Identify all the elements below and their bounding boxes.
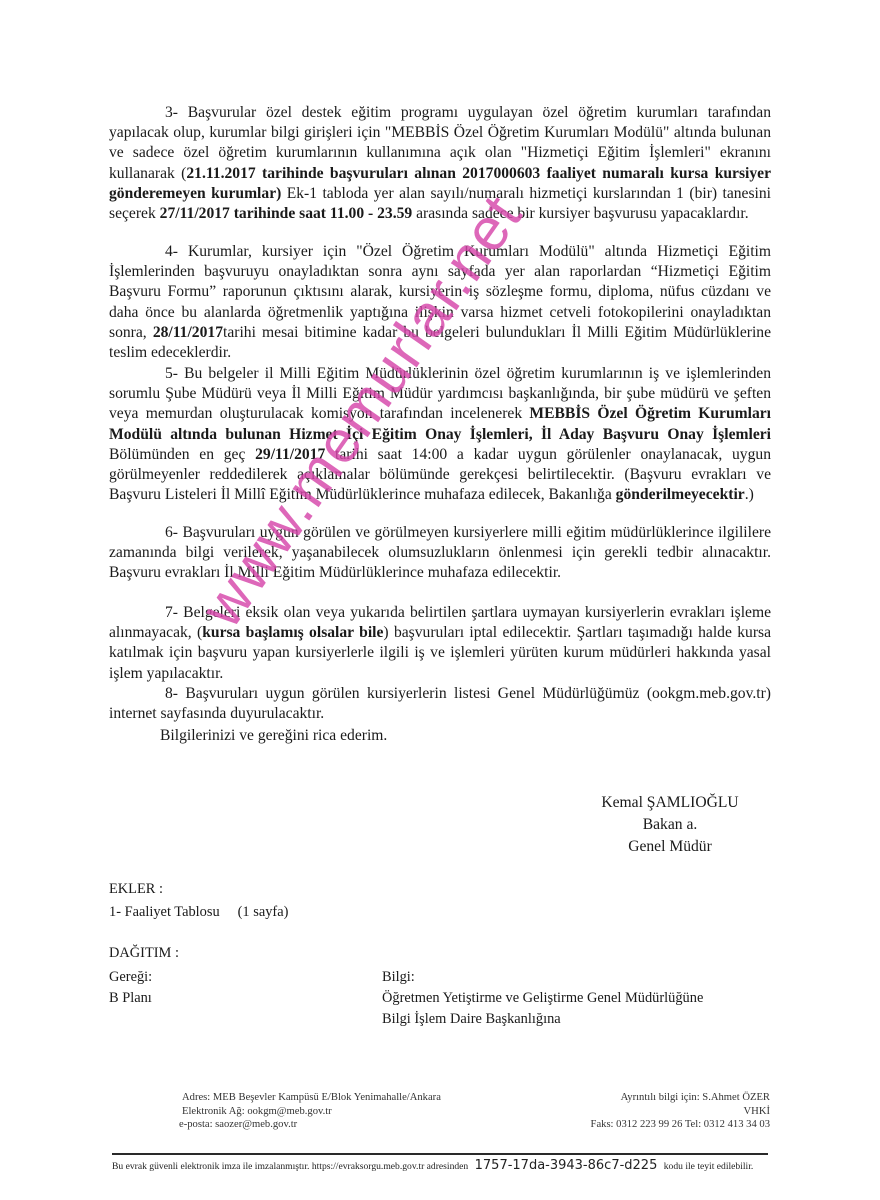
annex-pages: (1 sayfa) [238, 904, 289, 920]
distribution-action-item: B Planı [109, 988, 152, 1009]
verification-line: Bu evrak güvenli elektronik imza ile imz… [112, 1158, 753, 1173]
verification-code: 1757-17da-3943-86c7-d225 [475, 1158, 658, 1173]
annex-label: 1- Faaliyet Tablosu [109, 904, 220, 920]
distribution-info: Bilgi: Öğretmen Yetiştirme ve Geliştirme… [382, 967, 703, 1030]
annex-item: 1- Faaliyet Tablosu(1 sayfa) [109, 904, 288, 921]
closing-line: Bilgilerinizi ve gereğini rica ederim. [160, 727, 387, 745]
paragraph-6: 6- Başvuruları uygun görülen ve görülmey… [109, 523, 771, 584]
signatory-on-behalf: Bakan a. [560, 814, 780, 836]
annexes-title: EKLER : [109, 881, 163, 898]
paragraph-5: 5- Bu belgeler il Milli Eğitim Müdürlükl… [109, 364, 771, 505]
paragraph-7: 7- Belgeleri eksik olan veya yukarıda be… [109, 603, 771, 684]
signature-block: Kemal ŞAMLIOĞLU Bakan a. Genel Müdür [560, 792, 780, 858]
document-page: 3- Başvurular özel destek eğitim program… [0, 0, 880, 1200]
footer-contact: Ayrıntılı bilgi için: S.Ahmet ÖZER [591, 1091, 770, 1105]
footer-divider [112, 1153, 768, 1155]
signatory-name: Kemal ŞAMLIOĞLU [560, 792, 780, 814]
footer-network: Elektronik Ağ: ookgm@meb.gov.tr [182, 1105, 441, 1119]
footer-address-block: Adres: MEB Beşevler Kampüsü E/Blok Yenim… [182, 1091, 441, 1132]
paragraph-number: 3- [165, 104, 178, 121]
distribution-info-item: Öğretmen Yetiştirme ve Geliştirme Genel … [382, 988, 703, 1009]
footer-contact-title: VHKİ [591, 1105, 770, 1119]
footer-phones: Faks: 0312 223 99 26 Tel: 0312 413 34 03 [591, 1118, 770, 1132]
footer-address: Adres: MEB Beşevler Kampüsü E/Blok Yenim… [182, 1091, 441, 1105]
paragraph-8: 8- Başvuruları uygun görülen kursiyerler… [109, 684, 771, 724]
distribution-title: DAĞITIM : [109, 945, 179, 962]
paragraph-4: 4- Kurumlar, kursiyer için "Özel Öğretim… [109, 242, 771, 363]
distribution-info-item: Bilgi İşlem Daire Başkanlığına [382, 1009, 703, 1030]
paragraph-3: 3- Başvurular özel destek eğitim program… [109, 103, 771, 224]
footer-email[interactable]: e-posta: saozer@meb.gov.tr [179, 1118, 441, 1132]
distribution-info-label: Bilgi: [382, 967, 703, 988]
distribution-action: Gereği: B Planı [109, 967, 152, 1009]
signatory-title: Genel Müdür [560, 836, 780, 858]
footer-contact-block: Ayrıntılı bilgi için: S.Ahmet ÖZER VHKİ … [591, 1091, 770, 1132]
distribution-action-label: Gereği: [109, 967, 152, 988]
